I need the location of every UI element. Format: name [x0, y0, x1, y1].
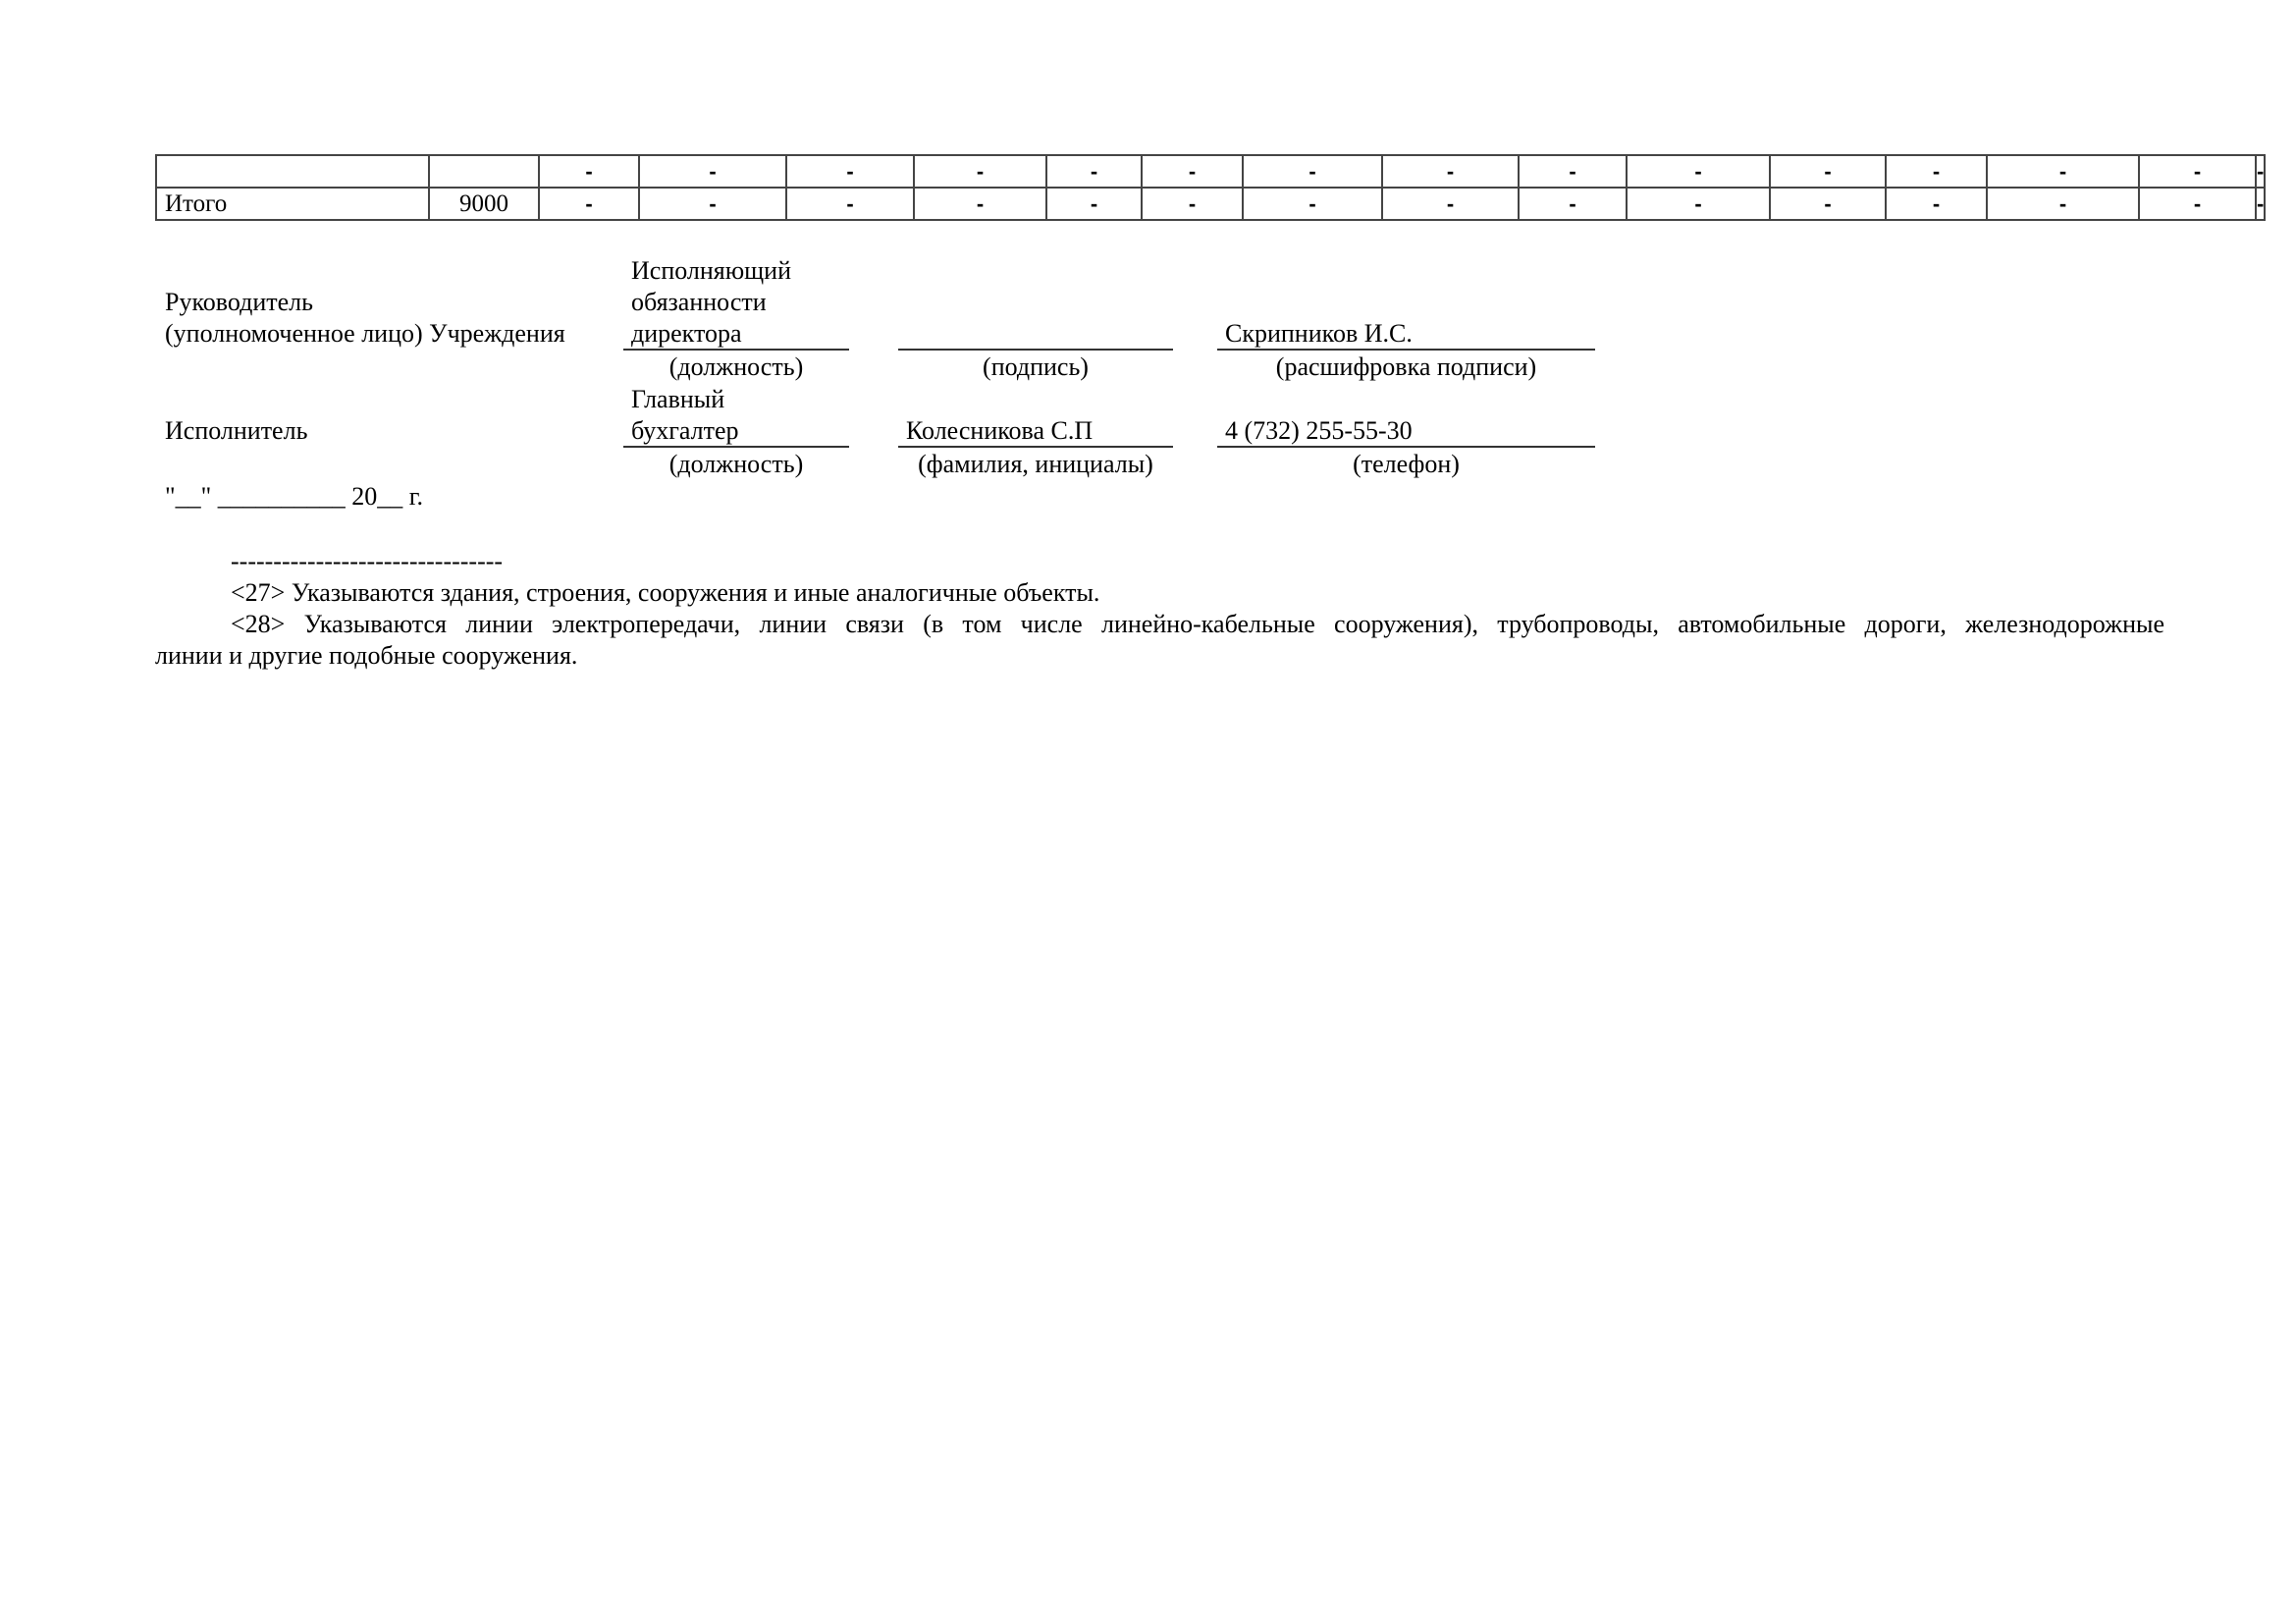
head-label-line1: Руководитель	[165, 287, 313, 318]
table-cell: -	[786, 188, 914, 220]
table-cell: -	[1627, 155, 1770, 188]
table-cell: -	[786, 155, 914, 188]
head-name-caption: (расшифровка подписи)	[1217, 352, 1595, 383]
row-label: Итого	[156, 188, 429, 220]
table-cell: -	[1382, 155, 1519, 188]
table-cell: -	[2256, 188, 2265, 220]
table-cell: -	[914, 188, 1046, 220]
table-cell: -	[1886, 188, 1987, 220]
head-signature-underline	[898, 349, 1173, 351]
footnote-28-line1: <28> Указываются линии электропередачи, …	[231, 609, 2164, 640]
head-position-line3: директора	[631, 318, 742, 350]
executor-name: Колесникова С.П	[906, 415, 1093, 447]
head-label-line2: (уполномоченное лицо) Учреждения	[165, 318, 565, 350]
executor-name-caption: (фамилия, инициалы)	[898, 449, 1173, 480]
table-cell: -	[914, 155, 1046, 188]
date-line: "__" __________ 20__ г.	[165, 481, 423, 513]
table-cell: -	[1142, 155, 1243, 188]
head-signature-caption: (подпись)	[898, 352, 1173, 383]
table-cell: -	[1987, 155, 2139, 188]
head-position-caption: (должность)	[623, 352, 849, 383]
executor-phone-underline	[1217, 446, 1595, 448]
table-cell: -	[1770, 155, 1886, 188]
table-cell: -	[1770, 188, 1886, 220]
row-label	[156, 155, 429, 188]
table-cell: -	[2256, 155, 2265, 188]
table-cell: -	[1142, 188, 1243, 220]
table-cell: -	[1519, 188, 1627, 220]
head-name-underline	[1217, 349, 1595, 351]
footnote-28-line2: линии и другие подобные сооружения.	[155, 640, 577, 672]
table-cell: -	[639, 188, 786, 220]
table-cell: -	[1886, 155, 1987, 188]
row-amount	[429, 155, 539, 188]
executor-name-underline	[898, 446, 1173, 448]
row-amount: 9000	[429, 188, 539, 220]
table-cell: -	[2139, 188, 2256, 220]
executor-phone: 4 (732) 255-55-30	[1225, 415, 1413, 447]
table-cell: -	[1519, 155, 1627, 188]
executor-position-line2: бухгалтер	[631, 415, 739, 447]
table-row: Итого9000---------------	[156, 188, 2265, 220]
table-cell: -	[1243, 188, 1382, 220]
table-cell: -	[539, 155, 639, 188]
footnote-separator: --------------------------------	[231, 546, 503, 577]
executor-phone-caption: (телефон)	[1217, 449, 1595, 480]
table-cell: -	[1627, 188, 1770, 220]
table-cell: -	[1382, 188, 1519, 220]
table-cell: -	[639, 155, 786, 188]
head-position-line2: обязанности	[631, 287, 767, 318]
table-cell: -	[2139, 155, 2256, 188]
table-cell: -	[1987, 188, 2139, 220]
totals-table: ---------------Итого9000---------------	[155, 154, 2266, 221]
table-cell: -	[1046, 155, 1142, 188]
table-row: ---------------	[156, 155, 2265, 188]
footnote-27: <27> Указываются здания, строения, соору…	[231, 577, 1099, 609]
executor-position-line1: Главный	[631, 384, 724, 415]
executor-position-underline	[623, 446, 849, 448]
head-name: Скрипников И.С.	[1225, 318, 1413, 350]
head-position-line1: Исполняющий	[631, 255, 791, 287]
head-position-underline	[623, 349, 849, 351]
table-cell: -	[539, 188, 639, 220]
executor-position-caption: (должность)	[623, 449, 849, 480]
executor-label: Исполнитель	[165, 415, 307, 447]
table-cell: -	[1243, 155, 1382, 188]
table-cell: -	[1046, 188, 1142, 220]
